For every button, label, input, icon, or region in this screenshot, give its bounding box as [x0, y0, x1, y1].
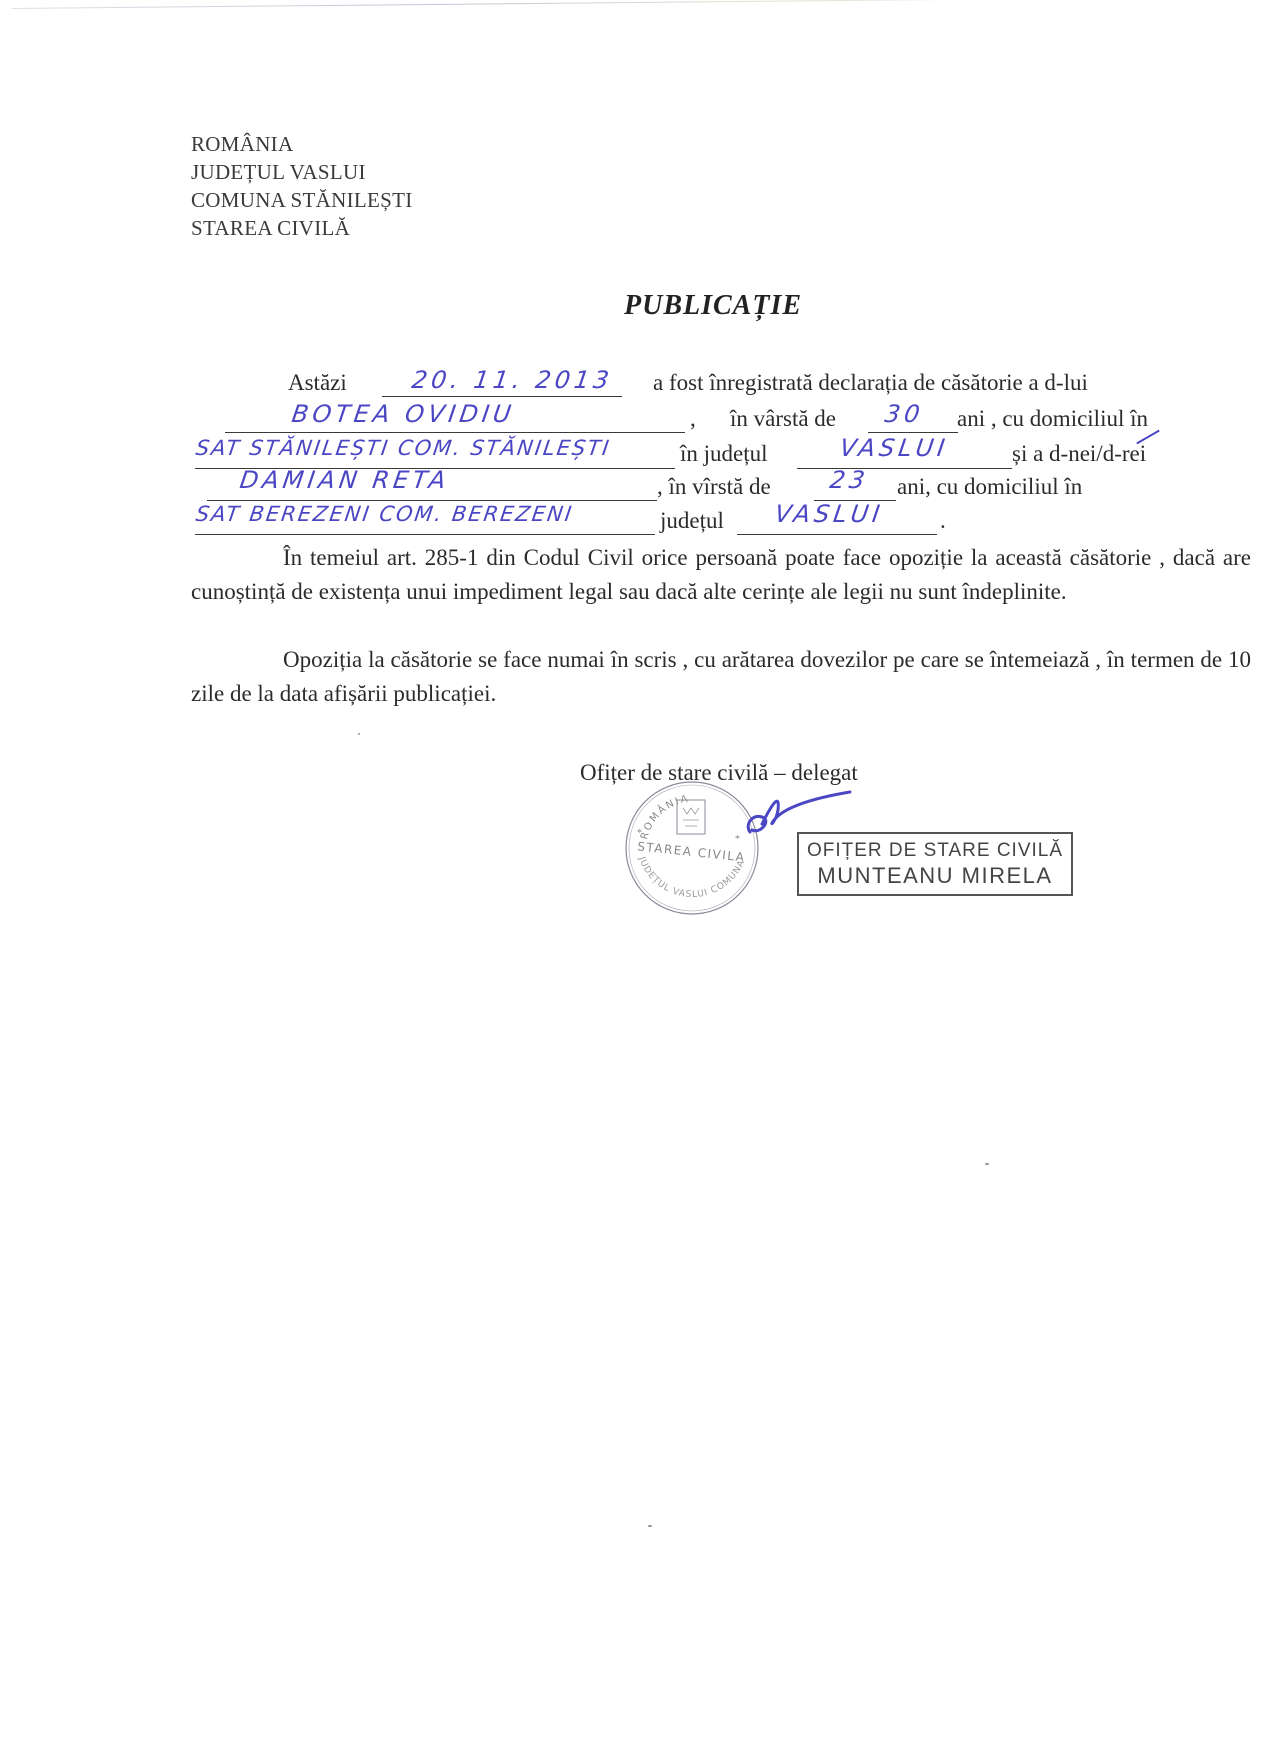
svg-text:*: * — [637, 828, 642, 839]
bride-address-blank — [195, 534, 655, 535]
header-department: STAREA CIVILĂ — [191, 214, 413, 242]
header-commune: COMUNA STĂNILEȘTI — [191, 186, 413, 214]
institution-header: ROMÂNIA JUDEȚUL VASLUI COMUNA STĂNILEȘTI… — [191, 130, 413, 242]
bride-county-handwritten: VASLUI — [773, 500, 885, 528]
bride-domicile-label: ani, cu domiciliul în — [897, 474, 1082, 500]
groom-name-handwritten: BOTEA OVIDIU — [290, 400, 517, 428]
scan-speck — [358, 733, 360, 735]
scan-edge-line — [12, 0, 1072, 9]
date-blank — [382, 396, 622, 397]
groom-age-handwritten: 30 — [883, 400, 925, 428]
comma-1: , — [690, 406, 696, 432]
bride-age-handwritten: 23 — [828, 466, 870, 494]
groom-age-label: în vârstă de — [730, 406, 836, 432]
legal-paragraph-1: În temeiul art. 285-1 din Codul Civil or… — [191, 541, 1251, 609]
legal-paragraph-2-text: Opoziția la căsătorie se face numai în s… — [191, 647, 1251, 706]
groom-county-label: în județul — [680, 441, 768, 467]
groom-county-blank — [797, 468, 1012, 469]
date-handwritten: 20. 11. 2013 — [410, 366, 615, 394]
groom-name-blank — [225, 432, 685, 433]
header-country: ROMÂNIA — [191, 130, 413, 158]
officer-title-stamp-text: OFIȚER DE STARE CIVILĂ — [799, 840, 1071, 862]
scan-speck — [648, 1525, 652, 1527]
bride-county-blank — [737, 534, 937, 535]
svg-text:*: * — [735, 834, 740, 845]
svg-text:STAREA CIVILA: STAREA CIVILA — [637, 839, 746, 864]
bride-name-blank — [207, 500, 657, 501]
end-period: . — [940, 508, 946, 534]
document-title: PUBLICAȚIE — [624, 290, 802, 322]
groom-age-blank — [868, 432, 958, 433]
bride-age-label: , în vîrstă de — [657, 474, 771, 500]
groom-domicile-label: ani , cu domiciliul în — [957, 406, 1148, 432]
bride-county-label: județul — [660, 508, 724, 534]
bride-address-handwritten: SAT BEREZENI COM. BEREZENI — [194, 502, 575, 526]
legal-paragraph-1-text: În temeiul art. 285-1 din Codul Civil or… — [191, 545, 1251, 604]
groom-county-handwritten: VASLUI — [838, 434, 950, 462]
header-county: JUDEȚUL VASLUI — [191, 158, 413, 186]
bride-name-handwritten: DAMIAN RETA — [238, 466, 451, 494]
officer-name-stamp-text: MUNTEANU MIRELA — [799, 863, 1071, 889]
scan-speck — [985, 1163, 989, 1165]
legal-paragraph-2: Opoziția la căsătorie se face numai în s… — [191, 643, 1251, 711]
astazi-label: Astăzi — [288, 370, 347, 396]
officer-name-stamp: OFIȚER DE STARE CIVILĂ MUNTEANU MIRELA — [797, 832, 1073, 896]
registered-text: a fost înregistrată declarația de căsăto… — [653, 370, 1088, 396]
groom-address-handwritten: SAT STĂNILEȘTI COM. STĂNILEȘTI — [194, 436, 612, 460]
bride-intro: și a d-nei/d-rei — [1012, 441, 1146, 467]
